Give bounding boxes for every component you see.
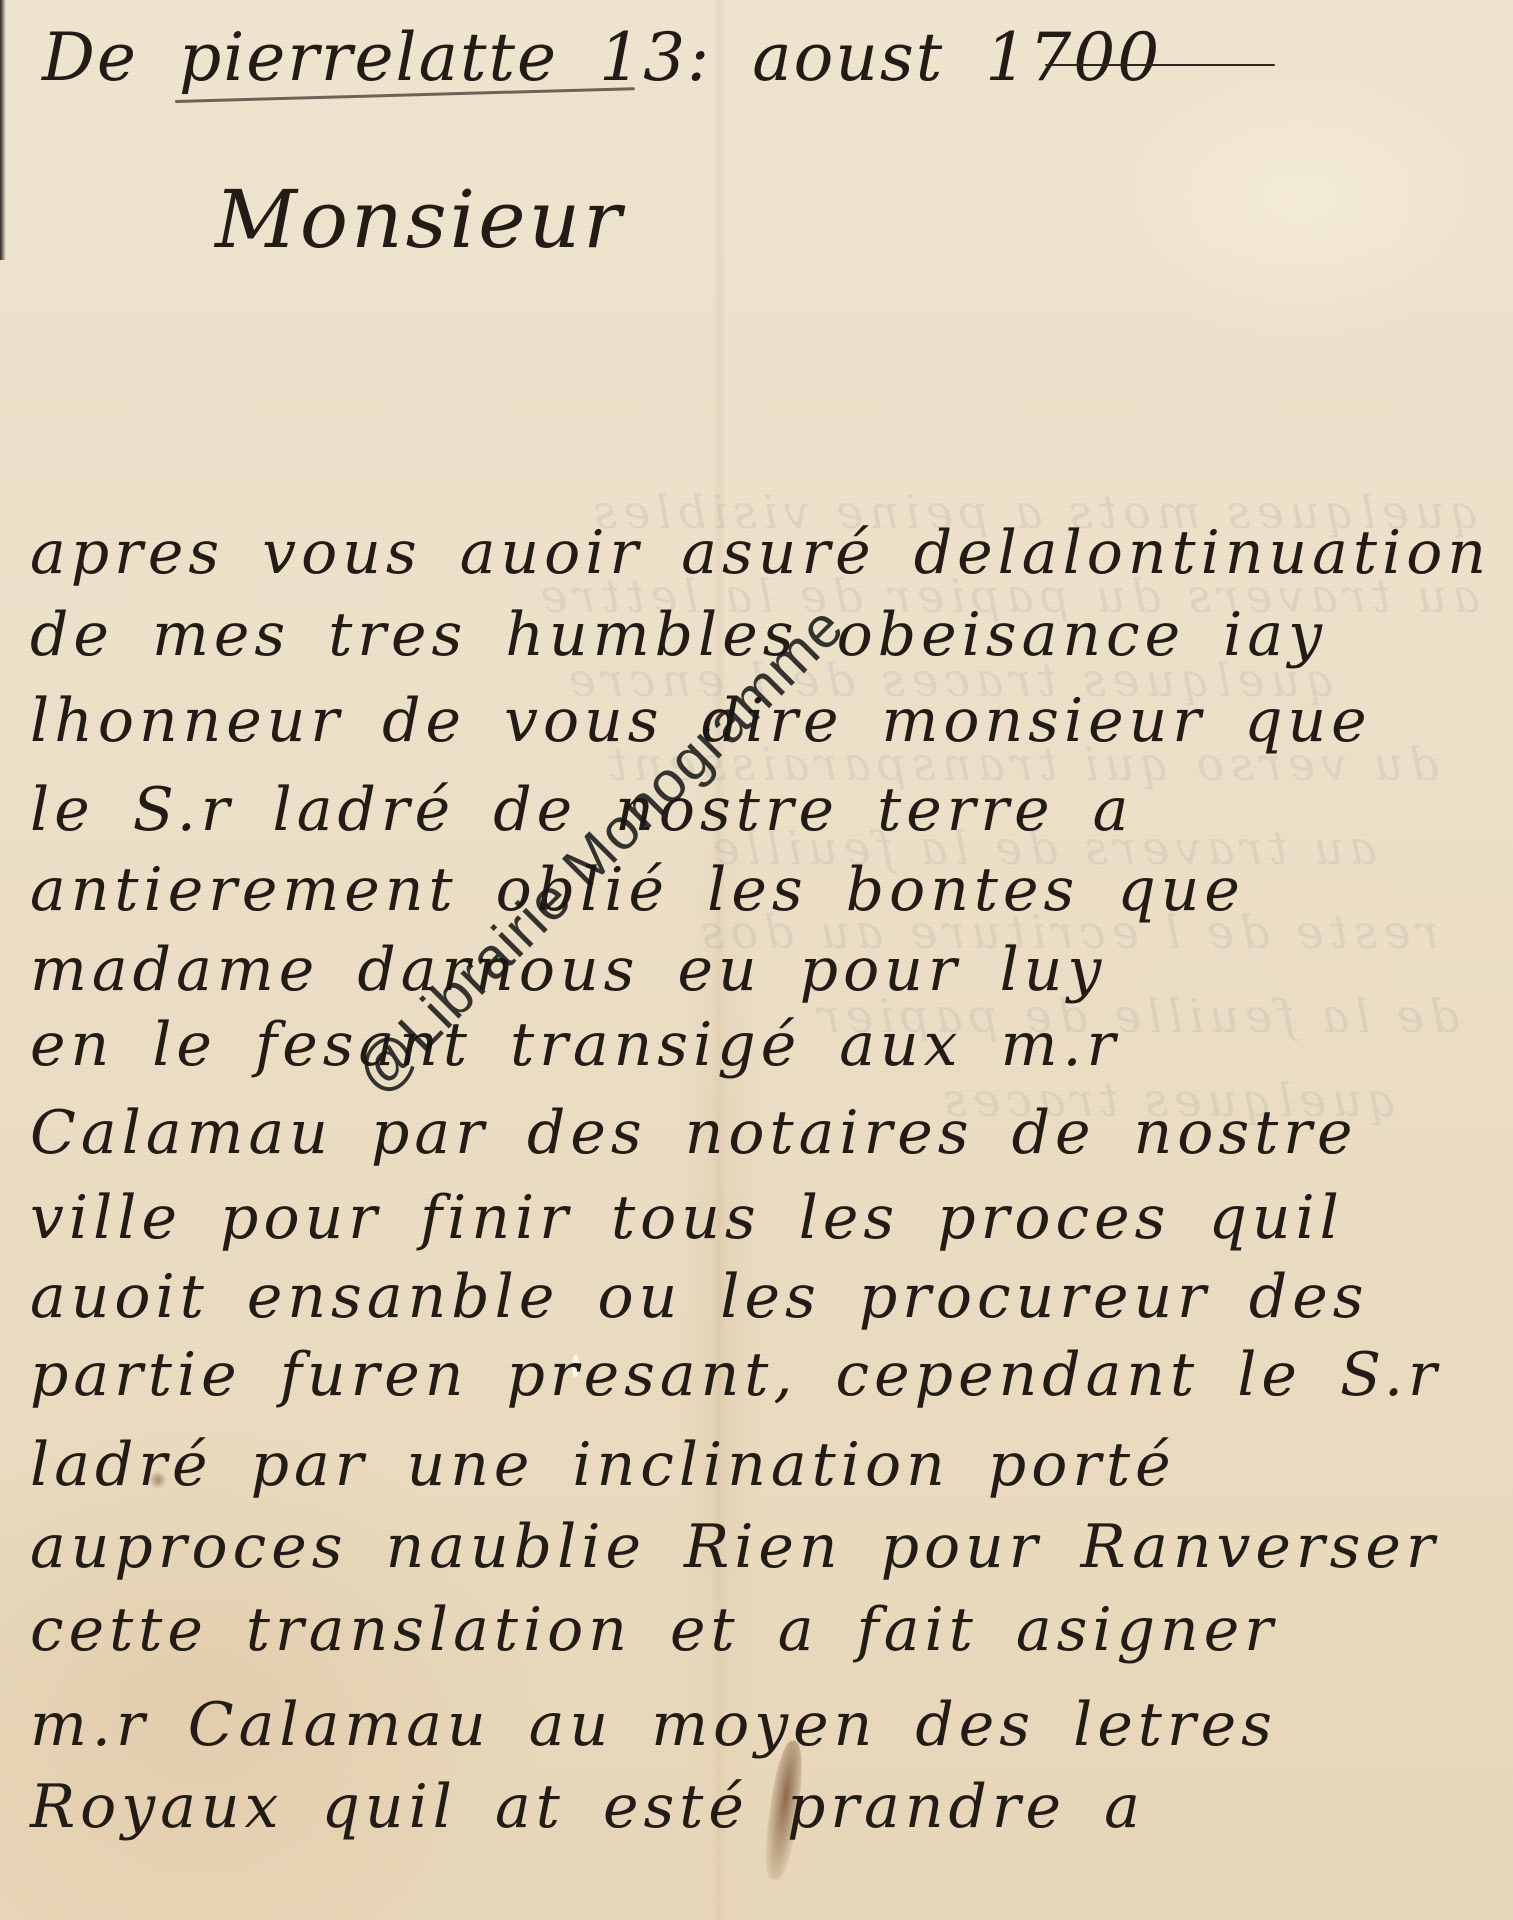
body-line: antierement oblié les bontes que [30, 855, 1245, 925]
page-edge-shadow [0, 0, 6, 260]
salutation: Monsieur [215, 170, 624, 270]
body-line: en le fesant transigé aux m.r [30, 1010, 1120, 1080]
header-year: 1700 [985, 19, 1161, 96]
body-line: m.r Calamau au moyen des letres [30, 1690, 1277, 1760]
body-line: Calamau par des notaires de nostre [30, 1098, 1357, 1168]
body-line: cette translation et a fait asigner [30, 1595, 1278, 1665]
body-line: auoit ensanble ou les procureur des [30, 1262, 1369, 1332]
body-line: madame darnous eu pour luy [30, 935, 1106, 1005]
body-line: partie furen presant, cependant le S.r [30, 1340, 1442, 1410]
letter-header: De pierrelatte 13: aoust 1700 [42, 18, 1161, 98]
year-underline [1045, 64, 1275, 66]
body-line: ladré par une inclination porté [30, 1430, 1176, 1500]
header-date: 13: aoust [599, 19, 944, 96]
body-line: Royaux quil at esté prandre a [30, 1772, 1145, 1842]
body-line: ville pour finir tous les proces quil [30, 1183, 1344, 1253]
body-line: apres vous auoir asuré delalontinuation [30, 518, 1491, 588]
header-place: De pierrelatte [42, 19, 558, 96]
body-line: de mes tres humbles obeisance iay [30, 600, 1327, 670]
body-line: auproces naublie Rien pour Ranverser [30, 1512, 1440, 1582]
